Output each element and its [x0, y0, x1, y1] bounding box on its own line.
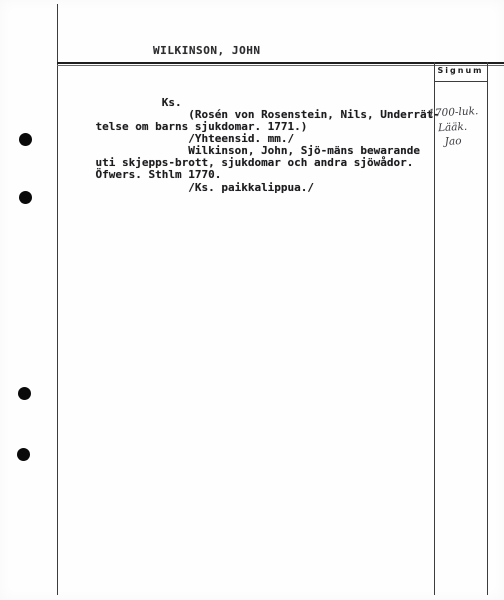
catalog-card: WILKINSON, JOHN Signum Ks. (Rosén von Ro… [0, 0, 504, 600]
hole-punch [19, 133, 32, 146]
handwritten-shelfmark: 1700-luk. Lääk. Jao [428, 103, 496, 150]
hole-punch [19, 191, 32, 204]
header-divider-rule [57, 62, 504, 64]
entry-line: /Ks. paikkalippua./ [96, 182, 440, 194]
entry-line: Öfwers. Sthlm 1770. [96, 169, 440, 181]
entry-line: Ks. [96, 97, 440, 109]
hole-punch [17, 448, 30, 461]
typewritten-entry: Ks. (Rosén von Rosenstein, Nils, Underrä… [96, 97, 440, 194]
card-heading: WILKINSON, JOHN [153, 44, 261, 57]
signum-column-label: Signum [434, 66, 487, 75]
hole-punch [18, 387, 31, 400]
entry-line: (Rosén von Rosenstein, Nils, Underrät- [96, 109, 440, 121]
signum-header-underline [434, 81, 487, 82]
left-margin-rule [57, 4, 59, 595]
